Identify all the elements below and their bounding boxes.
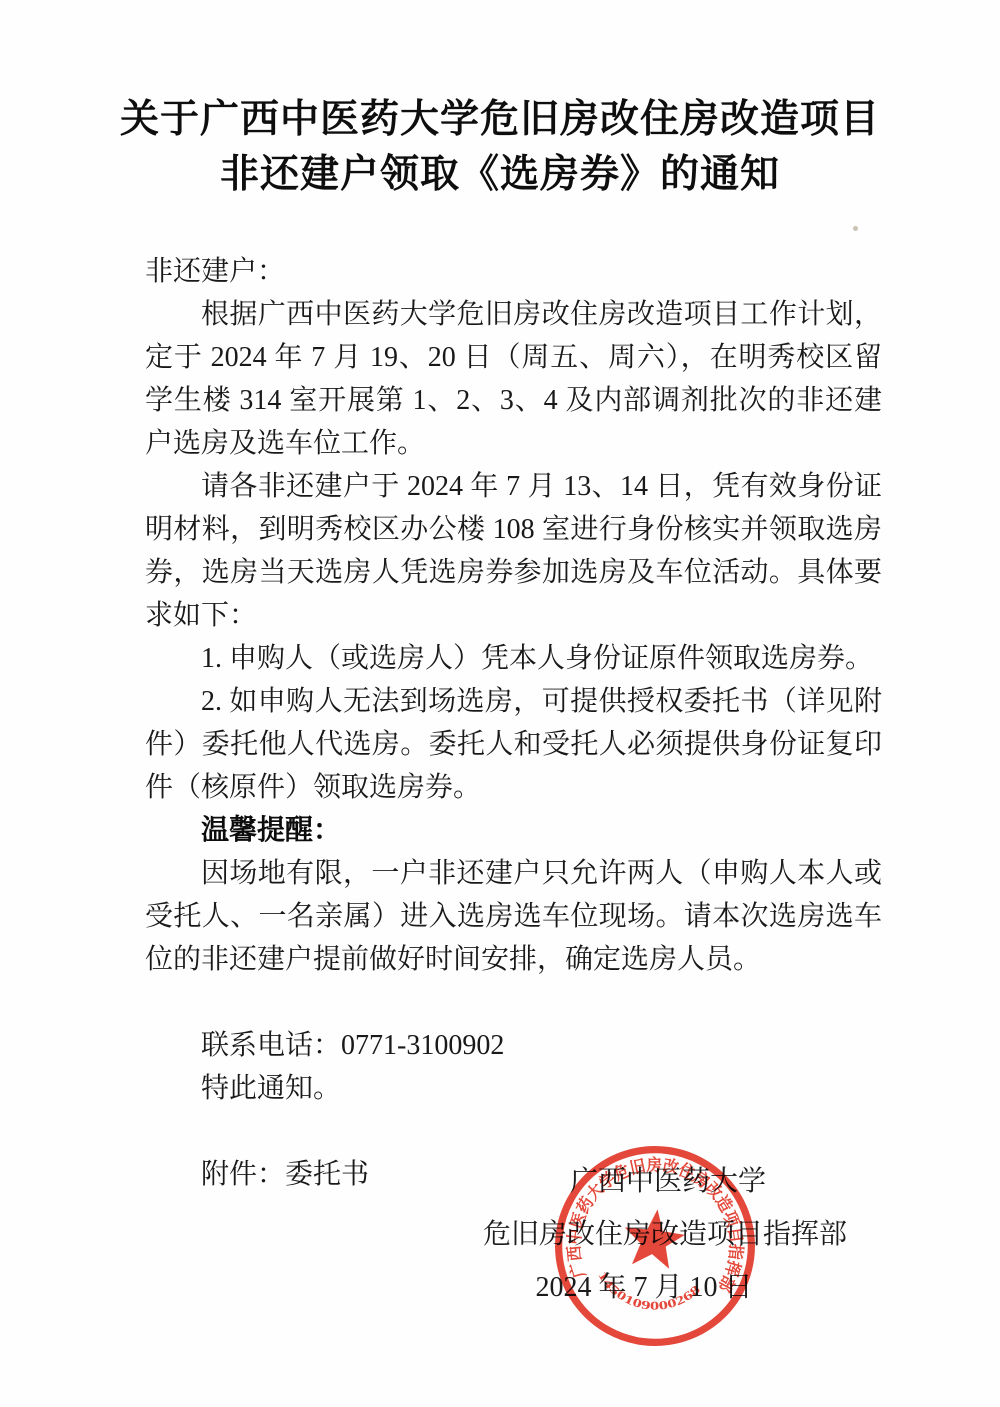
reminder-heading: 温馨提醒： (145, 809, 882, 852)
paragraph-voucher: 请各非还建户于 2024 年 7 月 13、14 日，凭有效身份证明材料，到明秀… (145, 465, 882, 637)
paragraph-schedule: 根据广西中医药大学危旧房改住房改造项目工作计划，定于 2024 年 7 月 19… (145, 293, 882, 465)
document-title: 关于广西中医药大学危旧房改住房改造项目 非还建户领取《选房券》的通知 (0, 92, 1000, 202)
notice-page: 关于广西中医药大学危旧房改住房改造项目 非还建户领取《选房券》的通知 非还建户：… (0, 0, 1000, 1407)
paragraph-rule-2: 2. 如申购人无法到场选房，可提供授权委托书（详见附件）委托他人代选房。委托人和… (145, 680, 882, 809)
document-title-line-1: 关于广西中医药大学危旧房改住房改造项目 (0, 92, 1000, 147)
official-seal-icon: 广西中医药大学危旧房改住房改造项目指挥部 1450109000268 (549, 1140, 761, 1352)
svg-text:1450109000268: 1450109000268 (592, 1267, 705, 1318)
scan-speck (853, 226, 858, 231)
seal-serial-number: 1450109000268 (592, 1267, 705, 1318)
contact-line: 联系电话：0771-3100902 (145, 1024, 882, 1067)
closing-line: 特此通知。 (145, 1067, 882, 1110)
paragraph-rule-1: 1. 申购人（或选房人）凭本人身份证原件领取选房券。 (145, 637, 882, 680)
seal-star-icon (621, 1206, 688, 1270)
notice-body: 非还建户： 根据广西中医药大学危旧房改住房改造项目工作计划，定于 2024 年 … (145, 250, 882, 1196)
attachment-line: 附件：委托书 (145, 1153, 882, 1196)
reminder-paragraph: 因场地有限，一户非还建户只允许两人（申购人本人或受托人、一名亲属）进入选房选车位… (145, 852, 882, 981)
document-title-line-2: 非还建户领取《选房券》的通知 (0, 147, 1000, 202)
salutation: 非还建户： (145, 250, 882, 293)
